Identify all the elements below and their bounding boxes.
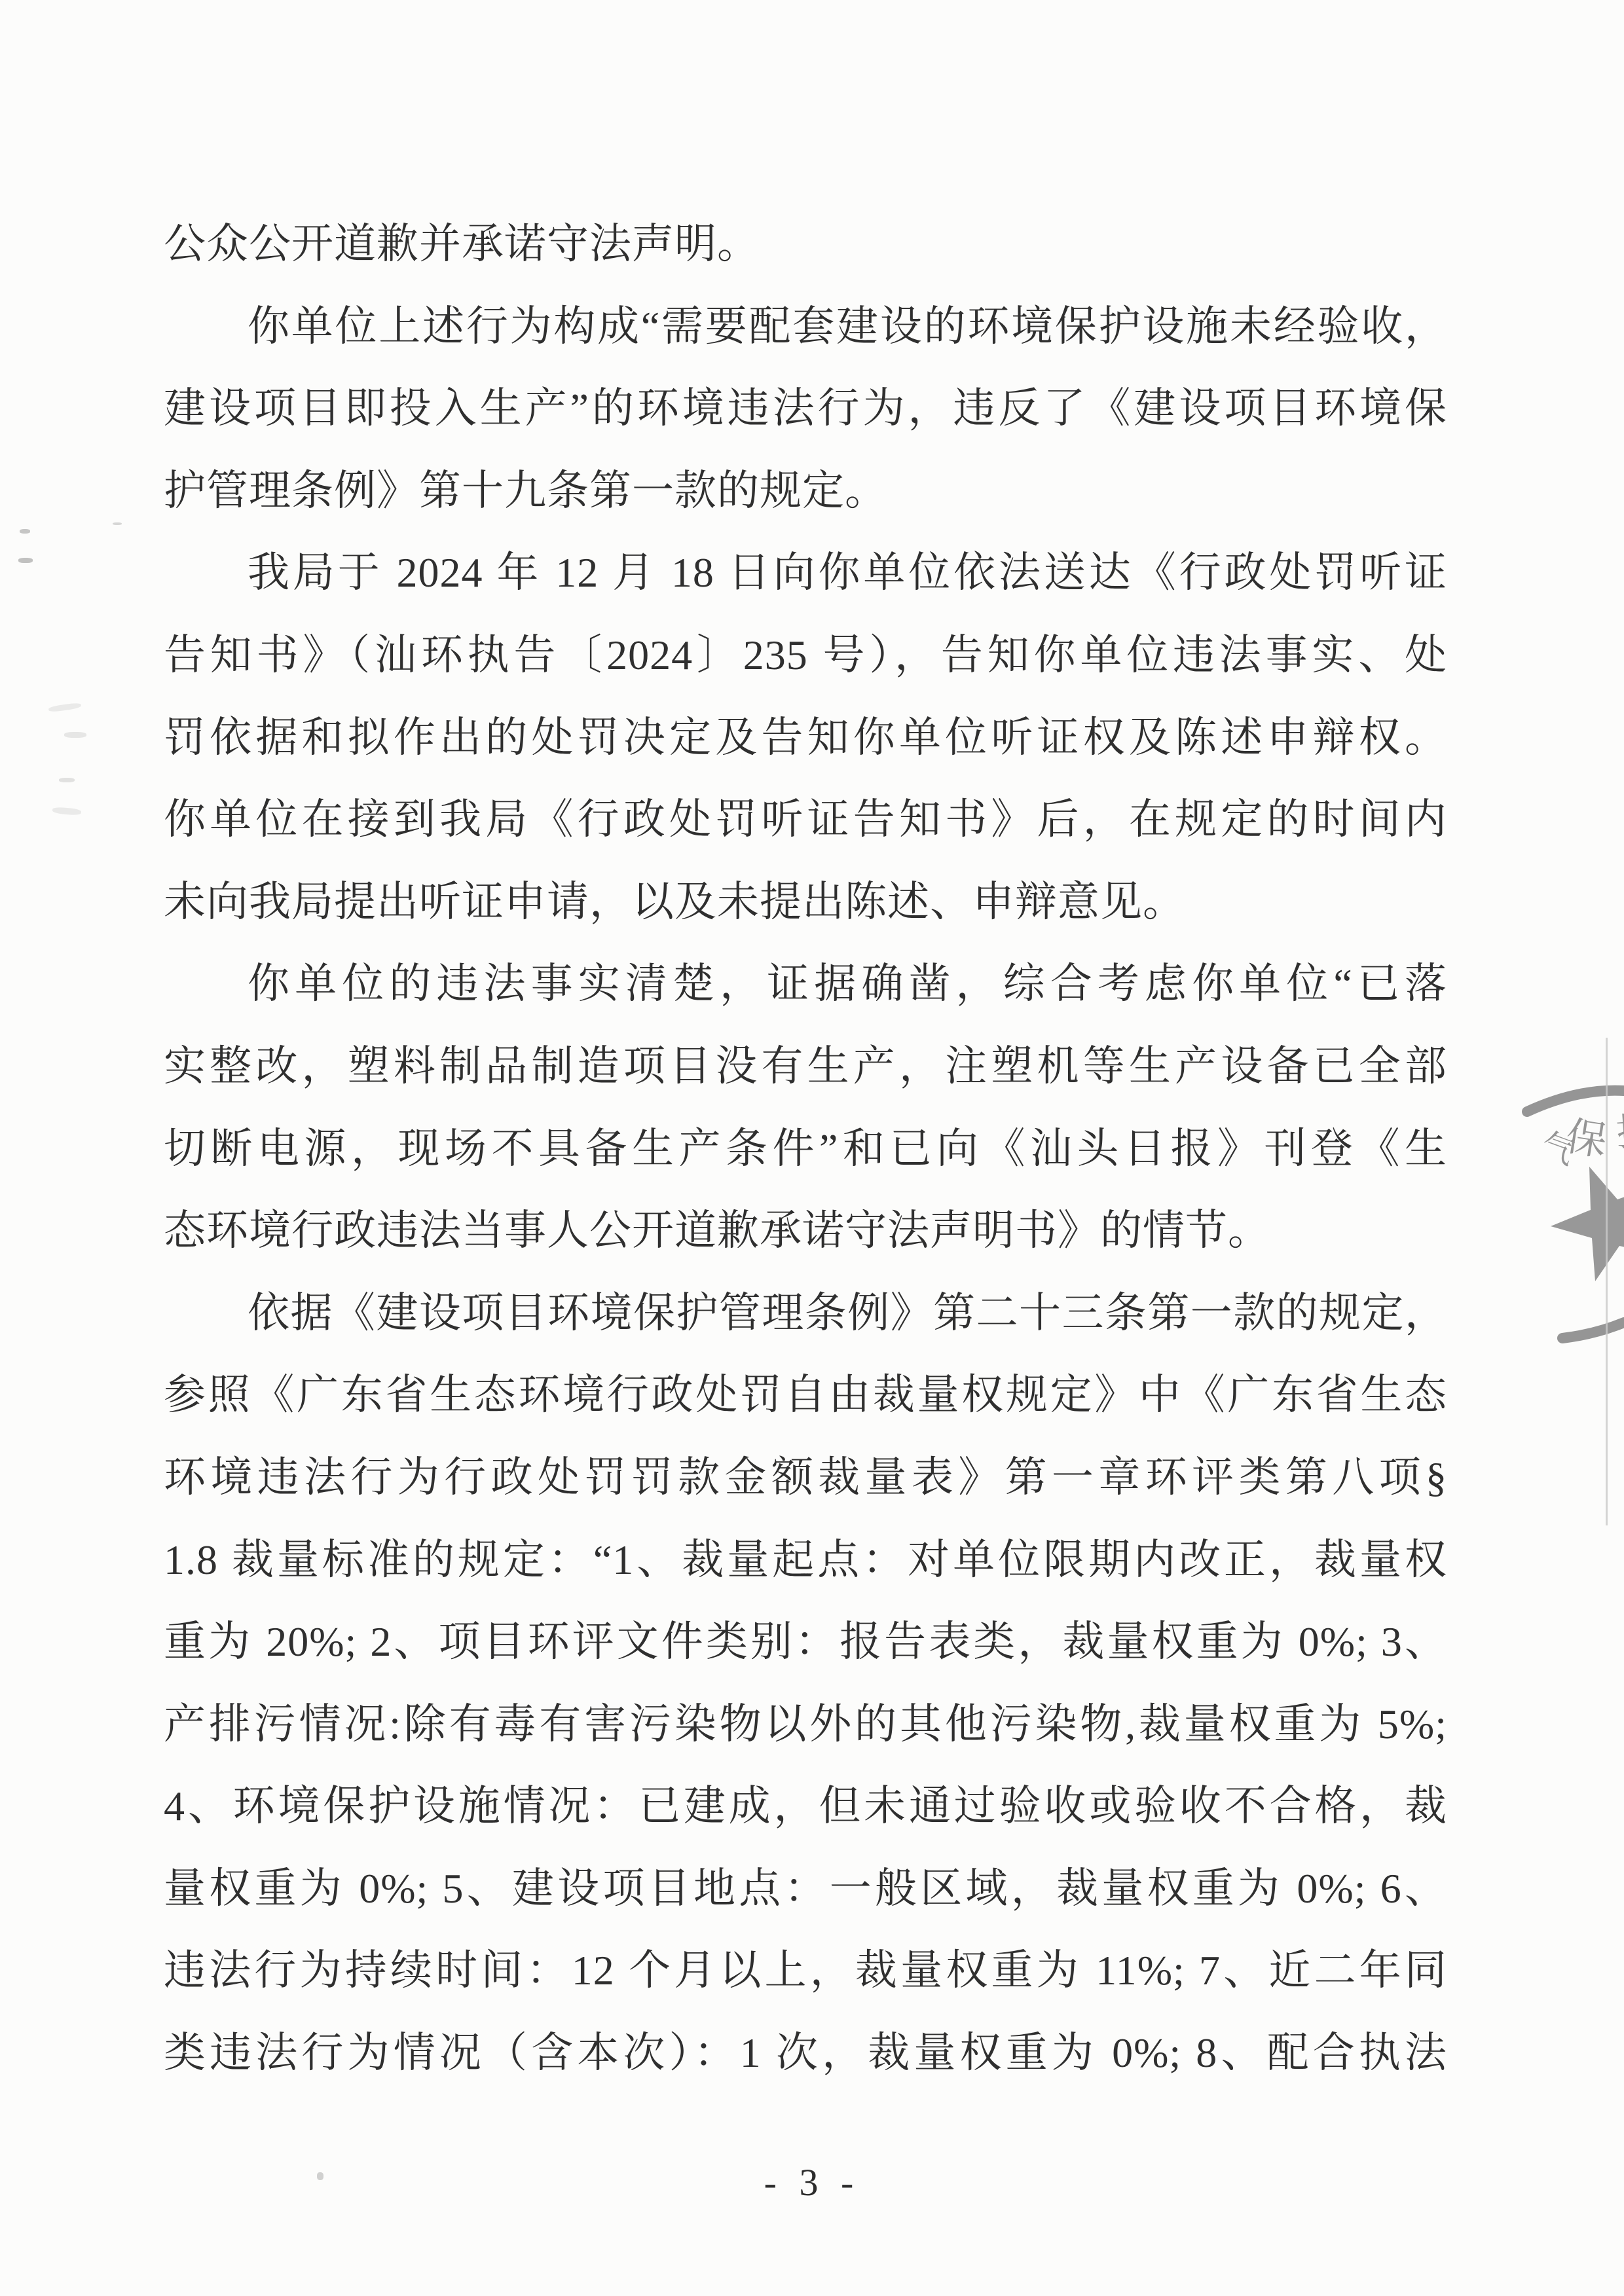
seal-arc-top	[1527, 1091, 1624, 1112]
seal-character: 护	[1615, 1109, 1624, 1154]
text-line: 产排污情况:除有毒有害污染物以外的其他污染物,裁量权重为 5%;	[164, 1683, 1447, 1766]
text-line: 建设项目即投入生产”的环境违法行为，违反了《建设项目环境保	[164, 367, 1447, 450]
text-line: 罚依据和拟作出的处罚决定及告知你单位听证权及陈述申辩权。	[164, 697, 1447, 779]
text-line: 护管理条例》第十九条第一款的规定。	[164, 450, 1447, 532]
scan-speck	[59, 778, 75, 782]
seal-character: 保	[1562, 1114, 1610, 1165]
page-number: - 3 -	[0, 2160, 1624, 2204]
text-line: 你单位的违法事实清楚，证据确凿，综合考虑你单位“已落	[164, 943, 1447, 1025]
text-line: 环境违法行为行政处罚罚款金额裁量表》第一章环评类第八项§	[164, 1436, 1447, 1519]
text-line: 重为 20%; 2、项目环评文件类别：报告表类，裁量权重为 0%; 3、	[164, 1601, 1447, 1683]
scan-speck	[52, 807, 82, 816]
text-line: 4、环境保护设施情况：已建成，但未通过验收或验收不合格，裁	[164, 1765, 1447, 1848]
text-line: 告知书》（汕环执告〔2024〕235 号），告知你单位违法事实、处	[164, 614, 1447, 697]
scan-speck	[317, 2172, 323, 2180]
scan-speck	[48, 702, 82, 713]
text-line: 1.8 裁量标准的规定：“1、裁量起点：对单位限期内改正，裁量权	[164, 1519, 1447, 1601]
text-line: 未向我局提出听证申请，以及未提出陈述、申辩意见。	[164, 861, 1447, 943]
seal-arc-bottom	[1562, 1322, 1624, 1338]
text-line: 实整改，塑料制品制造项目没有生产，注塑机等生产设备已全部	[164, 1025, 1447, 1108]
text-line: 参照《广东省生态环境行政处罚自由裁量权规定》中《广东省生态	[164, 1354, 1447, 1436]
scan-speck	[20, 529, 30, 534]
seal-star-icon	[1551, 1167, 1624, 1281]
scan-speck	[113, 522, 122, 525]
text-line: 态环境行政违法当事人公开道歉承诺守法声明书》的情节。	[164, 1190, 1447, 1272]
text-line: 你单位上述行为构成“需要配套建设的环境保护设施未经验收，	[164, 285, 1447, 368]
scanned-document-page: 公众公开道歉并承诺守法声明。 你单位上述行为构成“需要配套建设的环境保护设施未经…	[0, 0, 1624, 2296]
text-line: 依据《建设项目环境保护管理条例》第二十三条第一款的规定，	[164, 1272, 1447, 1355]
text-line: 我局于 2024 年 12 月 18 日向你单位依法送达《行政处罚听证	[164, 532, 1447, 614]
scan-speck	[64, 732, 86, 738]
scan-fold-line	[1606, 1038, 1608, 1525]
text-line: 违法行为持续时间：12 个月以上，裁量权重为 11%; 7、近二年同	[164, 1929, 1447, 2012]
text-line: 类违法行为情况（含本次）：1 次，裁量权重为 0%; 8、配合执法	[164, 2012, 1447, 2094]
text-line: 公众公开道歉并承诺守法声明。	[164, 203, 1447, 285]
scan-speck	[18, 558, 33, 563]
text-line: 你单位在接到我局《行政处罚听证告知书》后，在规定的时间内	[164, 778, 1447, 861]
text-line: 量权重为 0%; 5、建设项目地点：一般区域，裁量权重为 0%; 6、	[164, 1848, 1447, 1930]
document-body: 公众公开道歉并承诺守法声明。 你单位上述行为构成“需要配套建设的环境保护设施未经…	[164, 203, 1447, 2094]
text-line: 切断电源，现场不具备生产条件”和已向《汕头日报》刊登《生	[164, 1108, 1447, 1190]
